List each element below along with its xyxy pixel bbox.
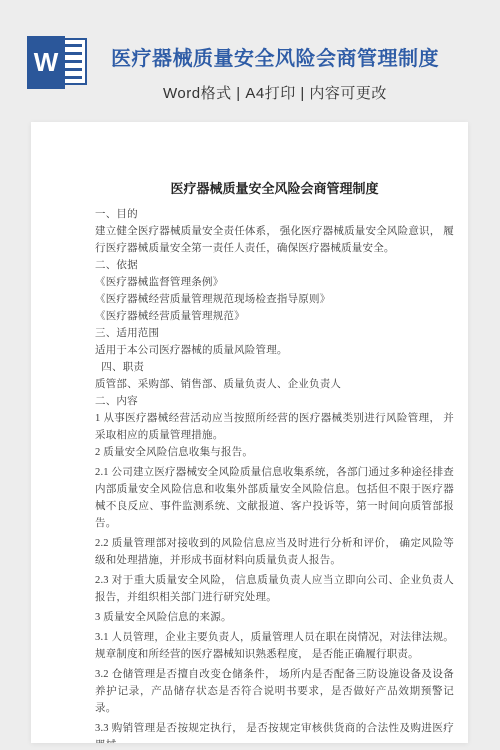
doc-paragraph: 《医疗器械经营质量管理规范现场检查指导原则》 xyxy=(95,291,454,308)
doc-paragraph: 二、内容 xyxy=(95,393,454,410)
doc-paragraph: 一、目的 xyxy=(95,206,454,223)
page-title: 医疗器械质量安全风险会商管理制度 xyxy=(50,44,500,74)
doc-paragraph: 三、适用范围 xyxy=(95,325,454,342)
doc-paragraph: 2.1 公司建立医疗器械安全风险质量信息收集系统，各部门通过多种途径排查内部质量… xyxy=(95,464,454,532)
page-root: { "header": { "title": "医疗器械质量安全风险会商管理制度… xyxy=(0,0,500,750)
document-title: 医疗器械质量安全风险会商管理制度 xyxy=(95,122,454,197)
doc-paragraph: 3 质量安全风险信息的来源。 xyxy=(95,609,454,626)
doc-paragraph: 2.2 质量管理部对接收到的风险信息应当及时进行分析和评价， 确定风险等级和处理… xyxy=(95,535,454,569)
document-body: 一、目的建立健全医疗器械质量安全责任体系， 强化医疗器械质量安全风险意识， 履行… xyxy=(95,206,454,743)
doc-paragraph: 1 从事医疗器械经营活动应当按照所经营的医疗器械类别进行风险管理， 并采取相应的… xyxy=(95,410,454,444)
document-preview-page: 医疗器械质量安全风险会商管理制度 一、目的建立健全医疗器械质量安全责任体系， 强… xyxy=(31,122,468,743)
doc-paragraph: 3.2 仓储管理是否擅自改变仓储条件， 场所内是否配备三防设施设备及设备养护记录… xyxy=(95,666,454,717)
doc-paragraph: 3.3 购销管理是否按规定执行， 是否按规定审核供货商的合法性及购进医疗器械 xyxy=(95,720,454,743)
doc-paragraph: 四、职责 xyxy=(95,359,454,376)
doc-paragraph: 《医疗器械监督管理条例》 xyxy=(95,274,454,291)
doc-paragraph: 《医疗器械经营质量管理规范》 xyxy=(95,308,454,325)
doc-paragraph: 2.3 对于重大质量安全风险， 信息质量负责人应当立即向公司、企业负责人报告，并… xyxy=(95,572,454,606)
doc-paragraph: 建立健全医疗器械质量安全责任体系， 强化医疗器械质量安全风险意识， 履行医疗器械… xyxy=(95,223,454,257)
doc-paragraph: 3.1 人员管理，企业主要负责人，质量管理人员在职在岗情况，对法律法规。规章制度… xyxy=(95,629,454,663)
doc-paragraph: 质管部、采购部、销售部、质量负责人、企业负责人 xyxy=(95,376,454,393)
document-content: 医疗器械质量安全风险会商管理制度 一、目的建立健全医疗器械质量安全责任体系， 强… xyxy=(95,122,454,743)
header: W 医疗器械质量安全风险会商管理制度 Word格式 | A4打印 | 内容可更改 xyxy=(0,0,500,122)
page-subtitle: Word格式 | A4打印 | 内容可更改 xyxy=(50,84,500,104)
doc-paragraph: 2 质量安全风险信息收集与报告。 xyxy=(95,444,454,461)
doc-paragraph: 二、依据 xyxy=(95,257,454,274)
doc-paragraph: 适用于本公司医疗器械的质量风险管理。 xyxy=(95,342,454,359)
